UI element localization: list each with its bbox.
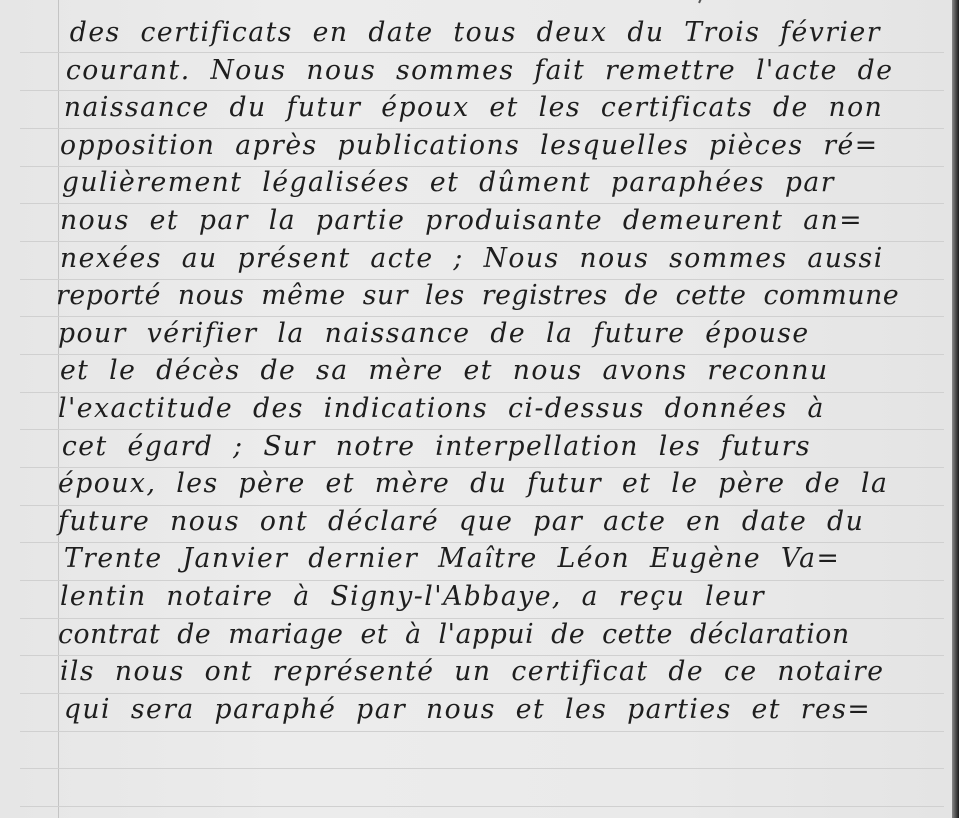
register-page: des certificats en date tous deux du Tro…: [0, 0, 952, 818]
text-line: des certificats en date tous deux du Tro…: [56, 14, 936, 52]
text-line: pour vérifier la naissance de la future …: [56, 315, 936, 353]
text-line: gulièrement légalisées et dûment paraphé…: [56, 164, 936, 202]
text-line: époux, les père et mère du futur et le p…: [56, 465, 936, 503]
text-line: nexées au présent acte ; Nous nous somme…: [56, 240, 936, 278]
handwritten-text: des certificats en date tous deux du Tro…: [56, 14, 948, 728]
text-line: opposition après publications lesquelles…: [56, 127, 936, 165]
scan-edge: [952, 0, 959, 818]
text-line: et le décès de sa mère et nous avons rec…: [56, 352, 936, 390]
text-line: courant. Nous nous sommes fait remettre …: [56, 52, 936, 90]
ruled-line: [20, 768, 944, 769]
text-line: cet égard ; Sur notre interpellation les…: [56, 428, 936, 466]
text-line: qui sera paraphé par nous et les parties…: [56, 691, 936, 729]
ink-stroke-from-previous-line: [698, 0, 716, 8]
text-line: naissance du futur époux et les certific…: [56, 89, 936, 127]
text-line: Trente Janvier dernier Maître Léon Eugèn…: [56, 540, 936, 578]
text-line: l'exactitude des indications ci-dessus d…: [56, 390, 936, 428]
ruled-line: [20, 731, 944, 732]
text-line: reporté nous même sur les registres de c…: [56, 277, 936, 315]
text-line: future nous ont déclaré que par acte en …: [56, 503, 936, 541]
text-line: nous et par la partie produisante demeur…: [56, 202, 936, 240]
text-line: lentin notaire à Signy-l'Abbaye, a reçu …: [56, 578, 936, 616]
ruled-line: [20, 806, 944, 807]
text-line: ils nous ont représenté un certificat de…: [56, 653, 936, 691]
text-line: contrat de mariage et à l'appui de cette…: [56, 616, 936, 654]
